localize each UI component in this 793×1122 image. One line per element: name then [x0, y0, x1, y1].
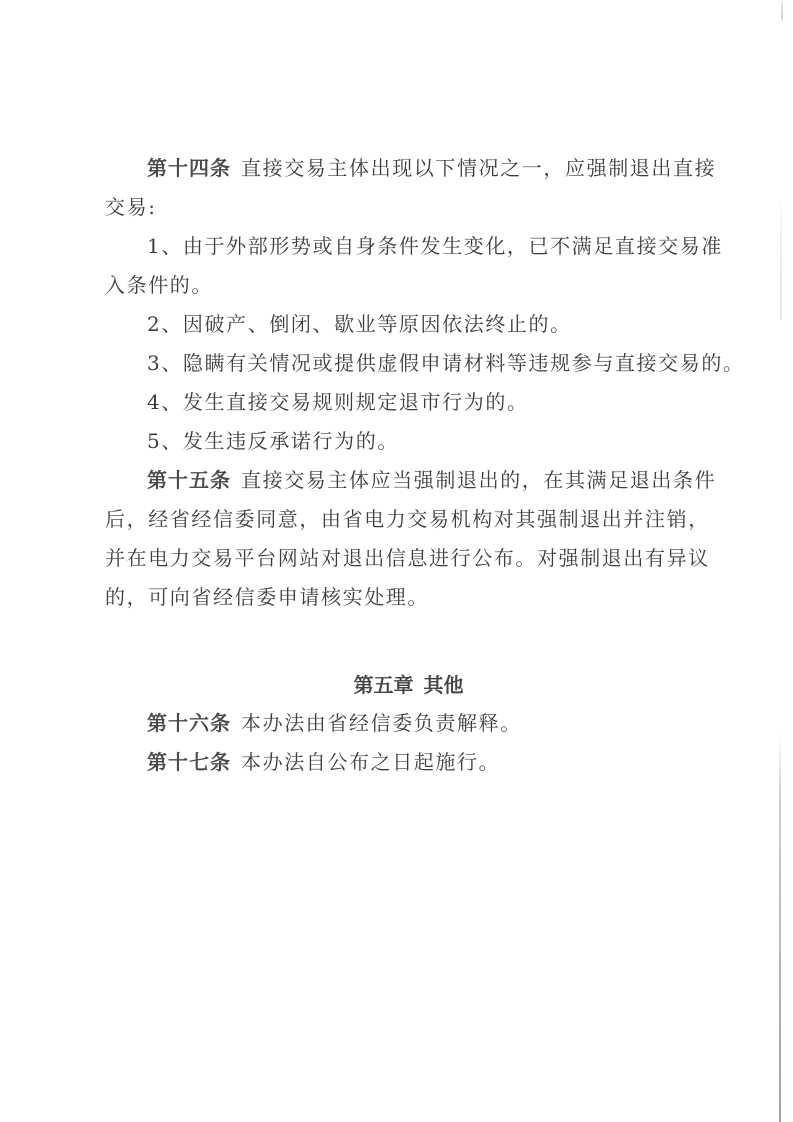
- article-14-text: 直接交易主体出现以下情况之一，应强制退出直接: [241, 156, 716, 180]
- article-14-label: 第十四条: [147, 156, 231, 180]
- article-15-line-4: 的，可向省经信委申请核实处理。: [105, 584, 725, 610]
- chapter-heading: 第五章其他: [0, 672, 793, 698]
- article-14-item-3: 3、隐瞒有关情况或提供虚假申请材料等违规参与直接交易的。: [147, 350, 767, 376]
- chapter-number: 第五章: [354, 673, 414, 697]
- article-14-line-1: 第十四条直接交易主体出现以下情况之一，应强制退出直接: [147, 155, 767, 181]
- article-17-line: 第十七条本办法自公布之日起施行。: [147, 749, 767, 775]
- article-15-label: 第十五条: [147, 468, 231, 492]
- article-14-line-2: 交易:: [105, 194, 725, 220]
- article-17-label: 第十七条: [147, 750, 231, 774]
- article-14-item-5: 5、发生违反承诺行为的。: [147, 428, 767, 454]
- article-15-line-2: 后，经省经信委同意，由省电力交易机构对其强制退出并注销，: [105, 506, 725, 532]
- article-15-text: 直接交易主体应当强制退出的，在其满足退出条件: [241, 468, 716, 492]
- article-16-text: 本办法由省经信委负责解释。: [241, 711, 522, 735]
- document-page: 第十四条直接交易主体出现以下情况之一，应强制退出直接 交易: 1、由于外部形势或…: [0, 0, 793, 1122]
- article-16-line: 第十六条本办法由省经信委负责解释。: [147, 710, 767, 736]
- article-16-label: 第十六条: [147, 711, 231, 735]
- article-14-item-1: 1、由于外部形势或自身条件发生变化，已不满足直接交易准: [147, 233, 767, 259]
- article-14-item-2: 2、因破产、倒闭、歇业等原因依法终止的。: [147, 311, 767, 337]
- article-17-text: 本办法自公布之日起施行。: [241, 750, 500, 774]
- chapter-title: 其他: [424, 673, 464, 697]
- article-14-item-1-cont: 入条件的。: [105, 272, 725, 298]
- article-15-line-3: 并在电力交易平台网站对退出信息进行公布。对强制退出有异议: [105, 545, 725, 571]
- scan-edge-artifact: [779, 735, 781, 1122]
- scan-edge-artifact: [780, 200, 782, 320]
- scan-edge-artifact: [781, 0, 783, 20]
- article-14-item-4: 4、发生直接交易规则规定退市行为的。: [147, 389, 767, 415]
- article-15-line-1: 第十五条直接交易主体应当强制退出的，在其满足退出条件: [147, 467, 767, 493]
